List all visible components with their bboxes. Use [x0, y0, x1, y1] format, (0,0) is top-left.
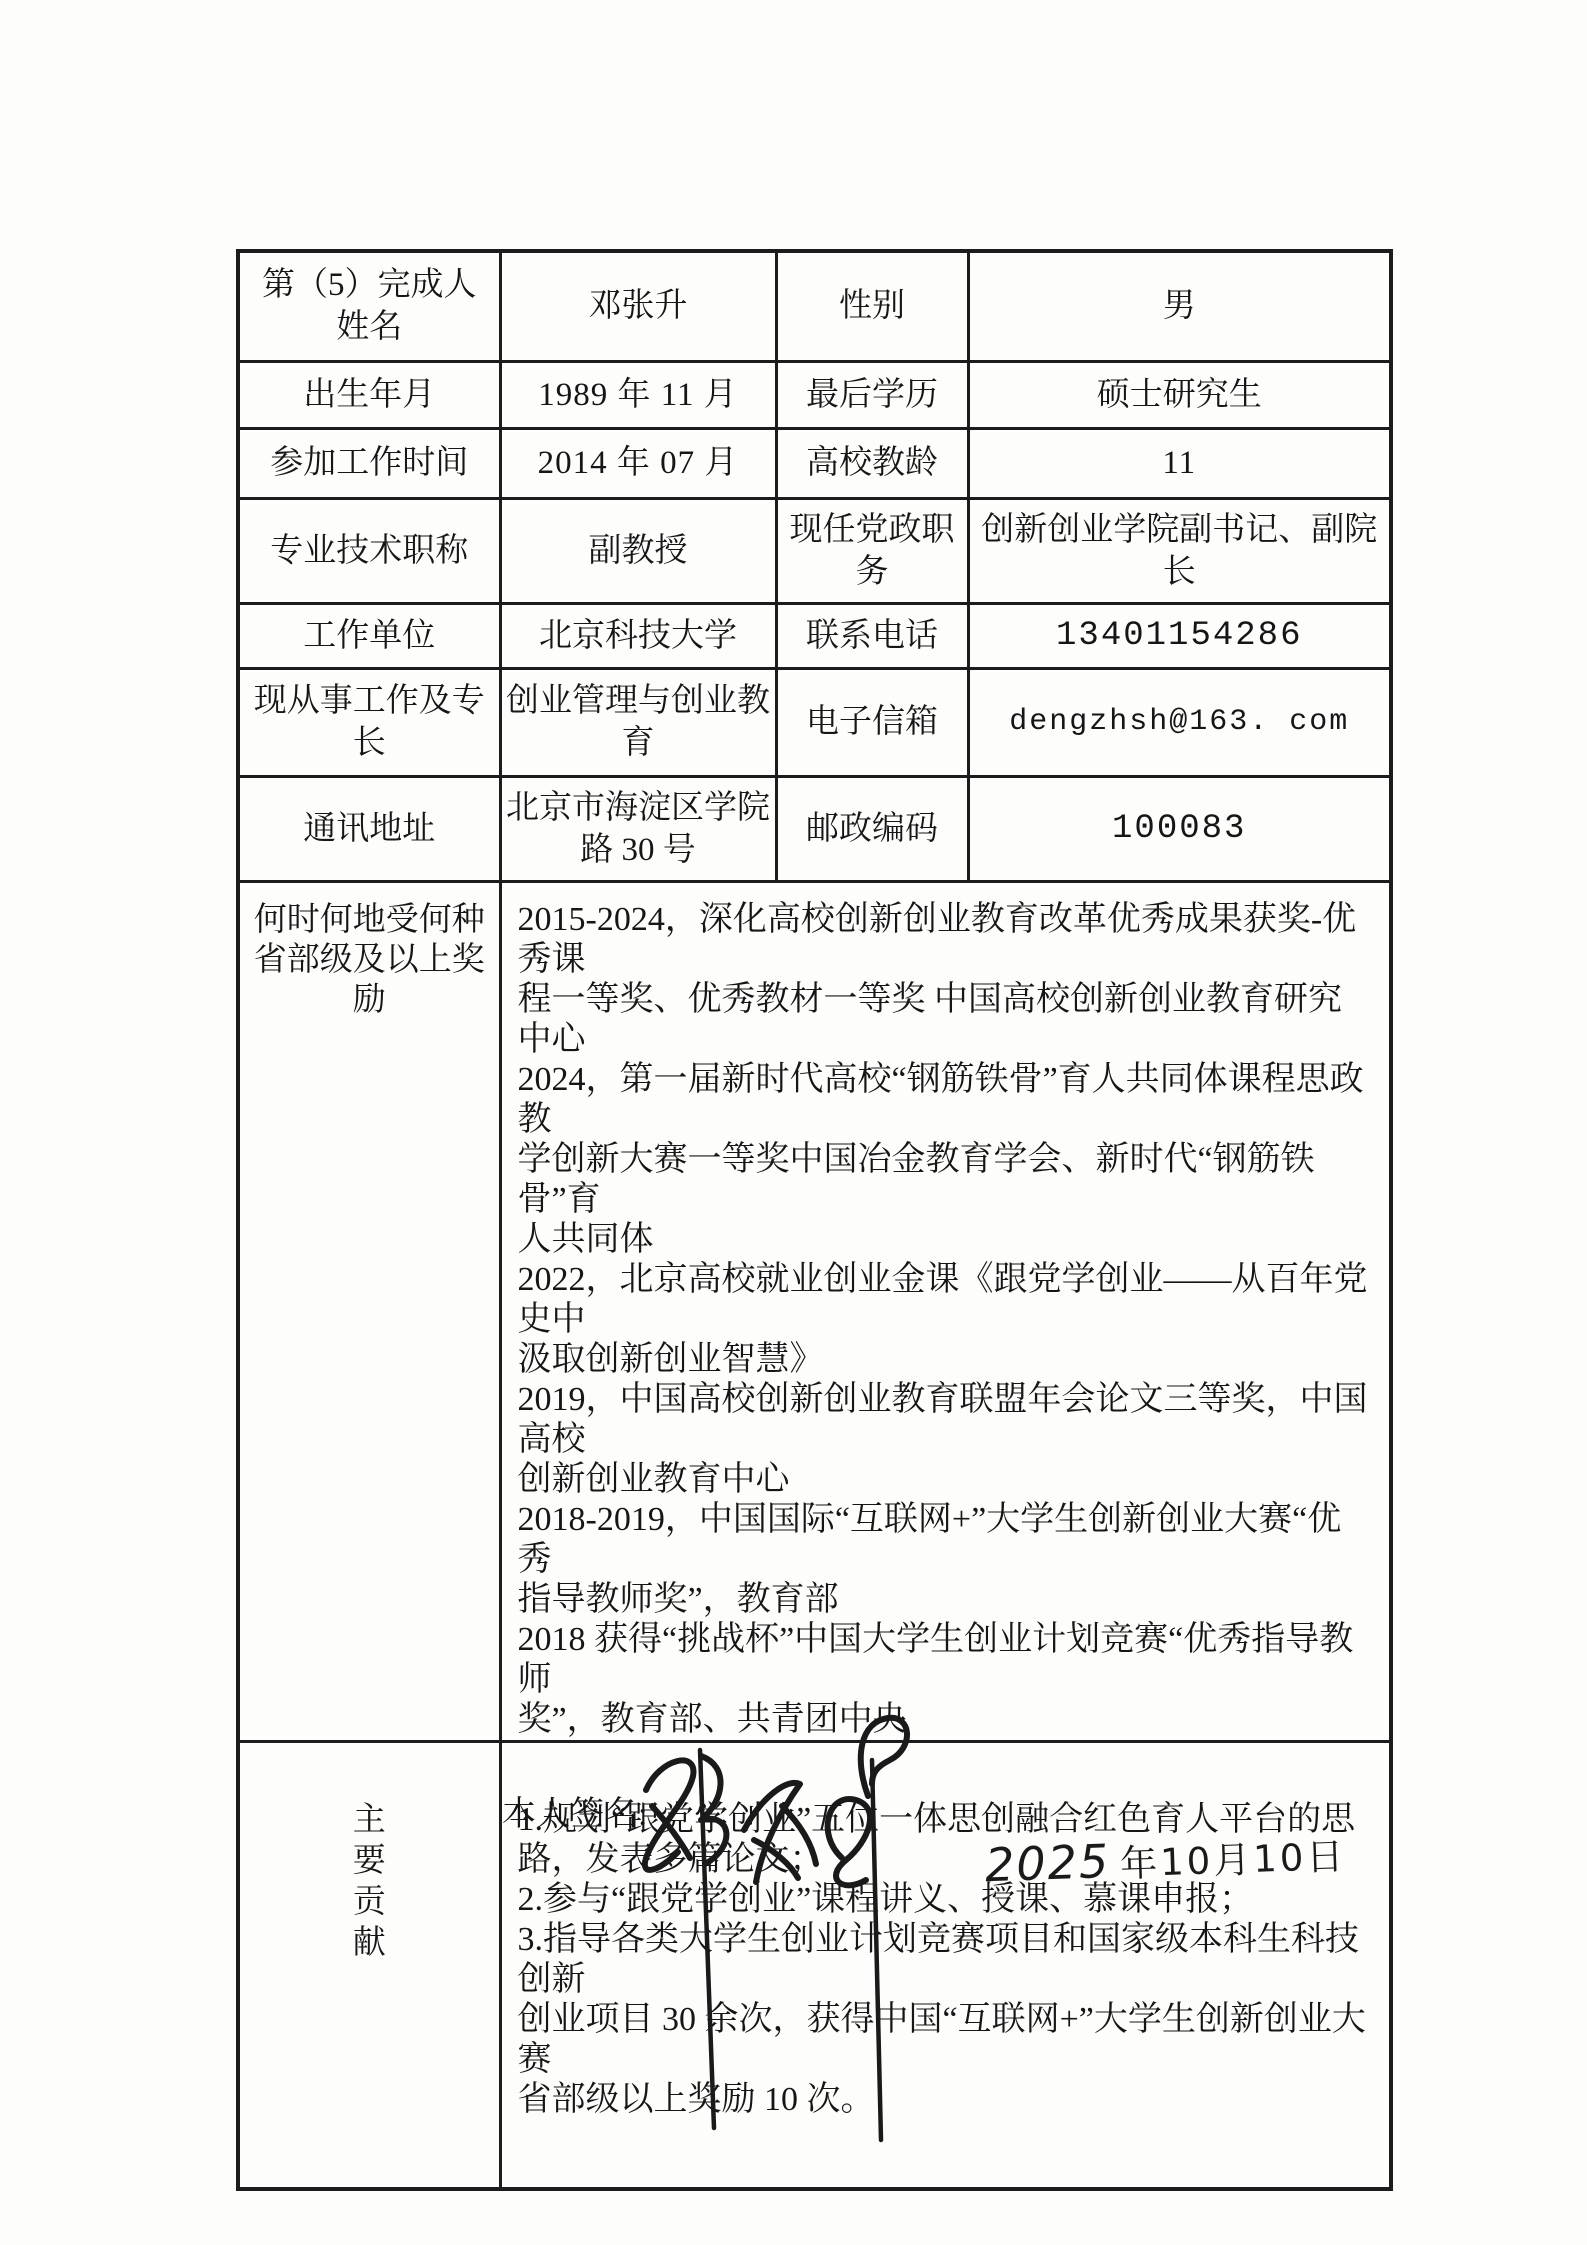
last-degree-label: 最后学历	[776, 361, 968, 428]
title-value: 副教授	[500, 498, 776, 603]
gender-label: 性别	[776, 251, 968, 361]
table-row: 第（5）完成人 姓名 邓张升 性别 男	[238, 251, 1391, 361]
birth-date-label: 出生年月	[238, 361, 500, 428]
mail-address-value: 北京市海淀区学院 路 30 号	[500, 776, 776, 881]
table-row: 现从事工作及专 长 创业管理与创业教 育 电子信箱 dengzhsh@163. …	[238, 668, 1391, 776]
completer-name-value: 邓张升	[500, 251, 776, 361]
current-work-label: 现从事工作及专 长	[238, 668, 500, 776]
table-row: 通讯地址 北京市海淀区学院 路 30 号 邮政编码 100083	[238, 776, 1391, 881]
table-row: 专业技术职称 副教授 现任党政职 务 创新创业学院副书记、副院 长	[238, 498, 1391, 603]
signature-field-label: 本人签名:	[502, 1795, 647, 1835]
postcode-value: 100083	[968, 776, 1391, 881]
table-row: 工作单位 北京科技大学 联系电话 13401154286	[238, 603, 1391, 668]
contributions-label: 主 要 贡 献	[238, 1741, 500, 2189]
work-start-label: 参加工作时间	[238, 428, 500, 498]
table-row: 出生年月 1989 年 11 月 最后学历 硕士研究生	[238, 361, 1391, 428]
email-value: dengzhsh@163. com	[968, 668, 1391, 776]
scanned-form-page: 第（5）完成人 姓名 邓张升 性别 男 出生年月 1989 年 11 月 最后学…	[0, 0, 1587, 2245]
birth-date-value: 1989 年 11 月	[500, 361, 776, 428]
email-label: 电子信箱	[776, 668, 968, 776]
teaching-years-label: 高校教龄	[776, 428, 968, 498]
phone-label: 联系电话	[776, 603, 968, 668]
phone-value: 13401154286	[968, 603, 1391, 668]
title-label: 专业技术职称	[238, 498, 500, 603]
awards-content: 2015-2024，深化高校创新创业教育改革优秀成果获奖-优秀课 程一等奖、优秀…	[500, 881, 1391, 1741]
postcode-label: 邮政编码	[776, 776, 968, 881]
mail-address-label: 通讯地址	[238, 776, 500, 881]
party-post-value: 创新创业学院副书记、副院 长	[968, 498, 1391, 603]
current-work-value: 创业管理与创业教 育	[500, 668, 776, 776]
signature-date-year: 2025	[984, 1834, 1111, 1892]
signature-date-rest: 年10月10日	[1119, 1835, 1347, 1886]
gender-value: 男	[968, 251, 1391, 361]
last-degree-value: 硕士研究生	[968, 361, 1391, 428]
party-post-label: 现任党政职 务	[776, 498, 968, 603]
work-start-value: 2014 年 07 月	[500, 428, 776, 498]
employer-value: 北京科技大学	[500, 603, 776, 668]
contributions-row: 主 要 贡 献 1.规划“跟党学创业”五位一体思创融合红色育人平台的思 路，发表…	[238, 1741, 1391, 2189]
completer-info-table: 第（5）完成人 姓名 邓张升 性别 男 出生年月 1989 年 11 月 最后学…	[236, 249, 1393, 2191]
completer-name-label: 第（5）完成人 姓名	[238, 251, 500, 361]
awards-row: 何时何地受何种 省部级及以上奖 励 2015-2024，深化高校创新创业教育改革…	[238, 881, 1391, 1741]
employer-label: 工作单位	[238, 603, 500, 668]
table-row: 参加工作时间 2014 年 07 月 高校教龄 11	[238, 428, 1391, 498]
awards-label: 何时何地受何种 省部级及以上奖 励	[238, 881, 500, 1741]
teaching-years-value: 11	[968, 428, 1391, 498]
